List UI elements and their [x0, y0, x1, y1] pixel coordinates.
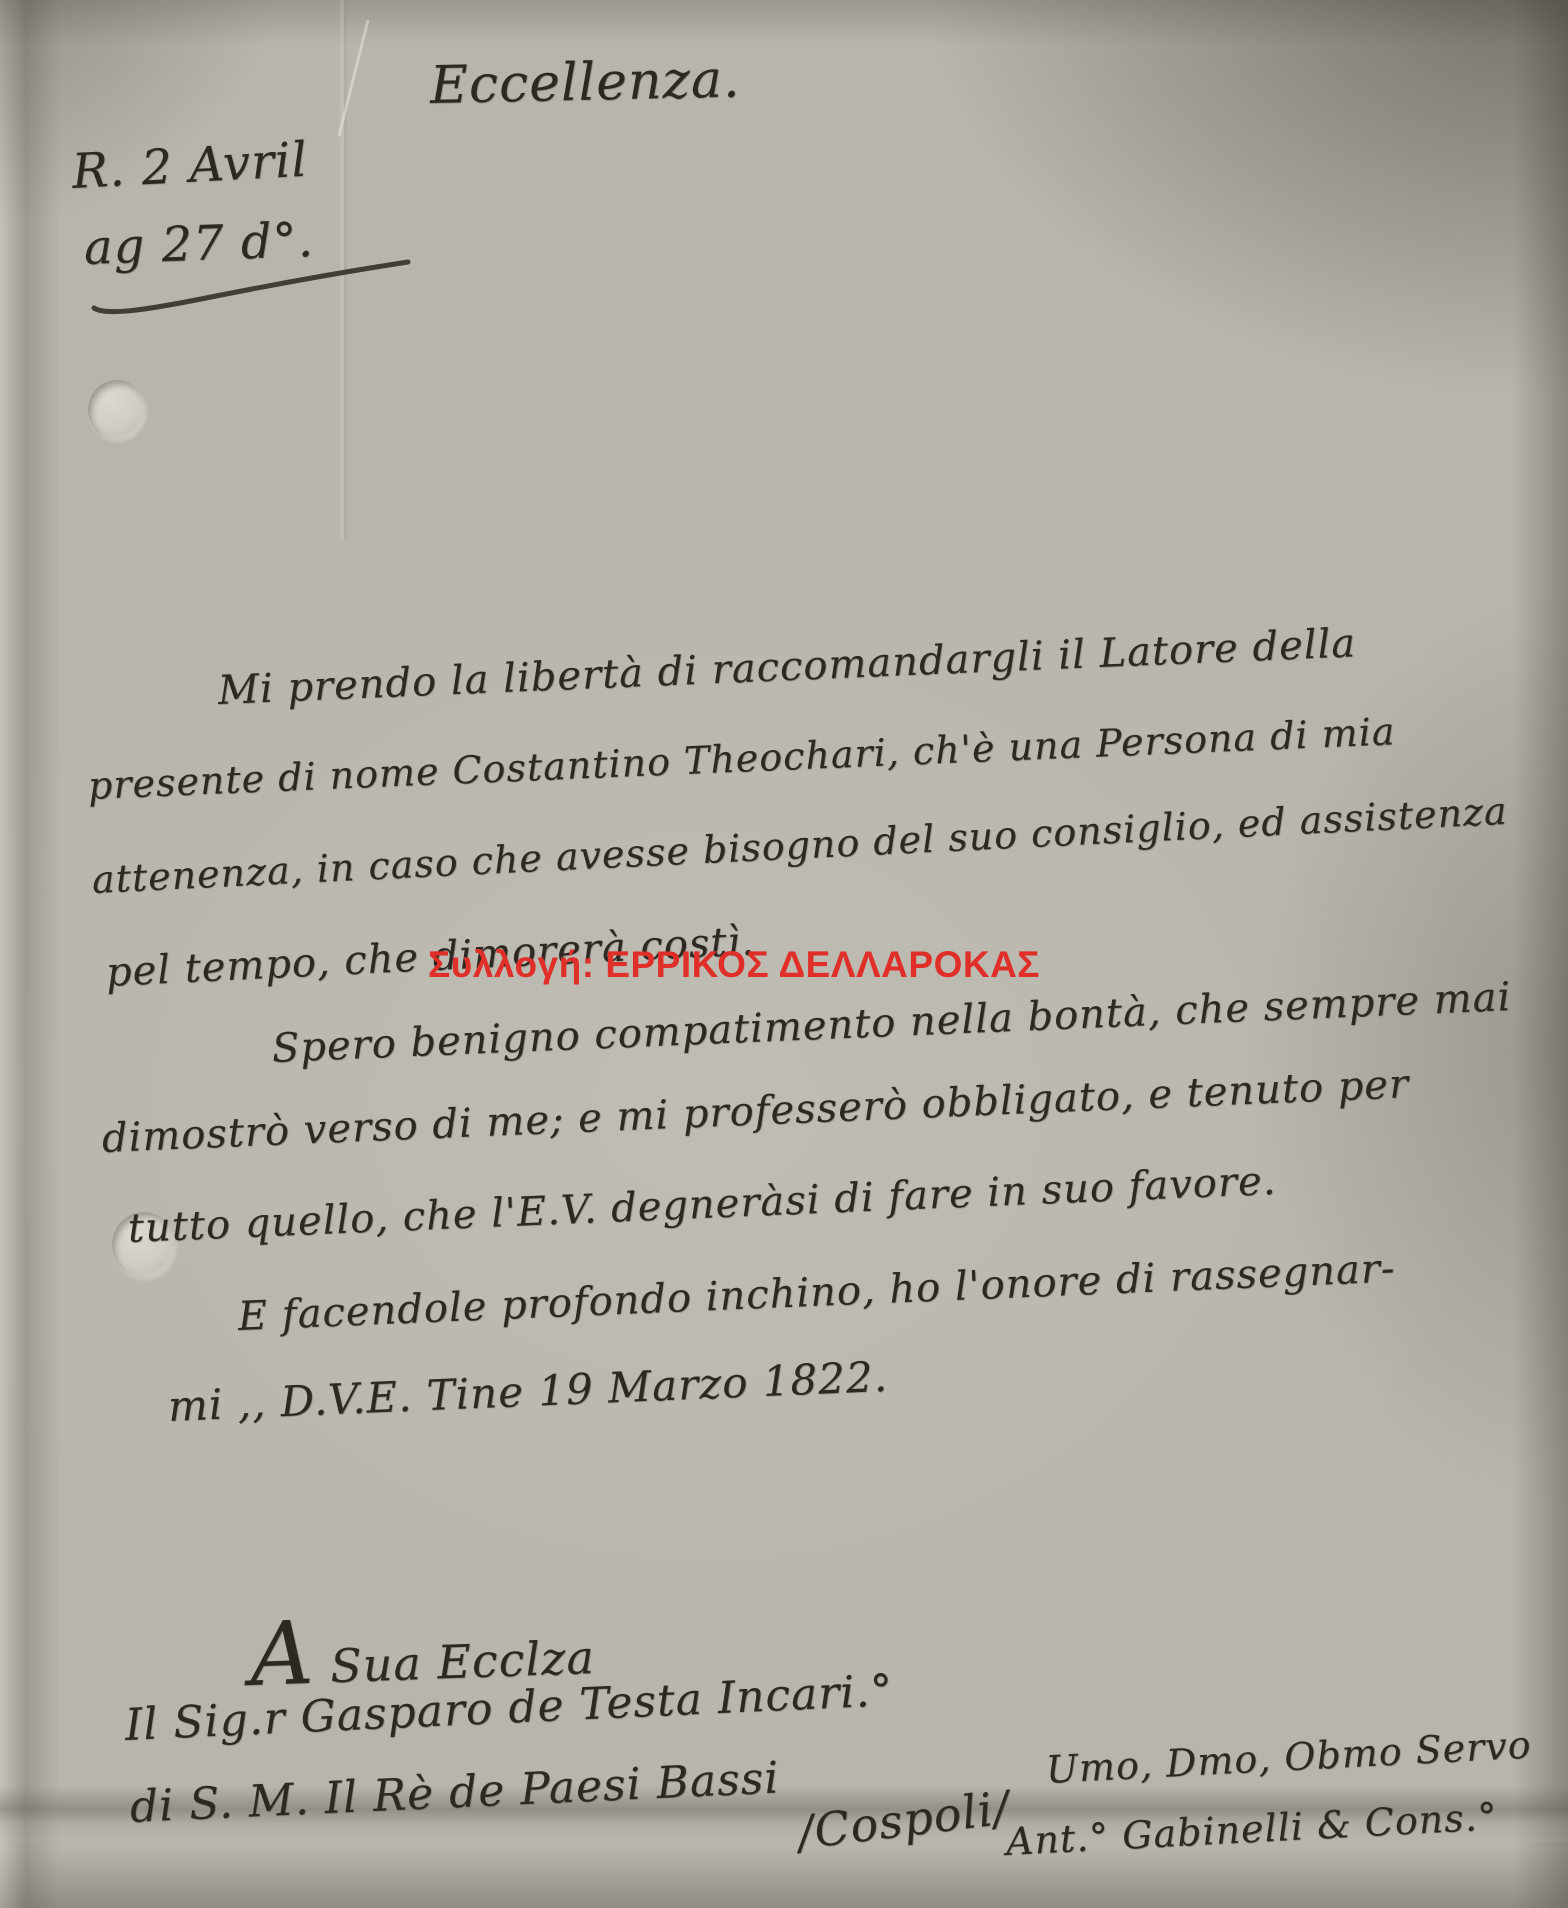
annotation-flourish-stroke [86, 252, 416, 318]
body-line: Spero benigno compatimento nella bontà, … [271, 974, 1512, 1072]
body-line: attenenza, in caso che avesse bisogno de… [91, 789, 1509, 902]
body-line: presente di nome Costantino Theochari, c… [87, 709, 1396, 808]
salutation: Eccellenza. [429, 50, 741, 116]
registry-annotation-line1: R. 2 Avril [71, 132, 310, 200]
body-line: Mi prendo la libertà di raccomandargli i… [217, 620, 1357, 714]
letter-photograph: Eccellenza. R. 2 Avril ag 27 d°. Mi pren… [0, 0, 1568, 1908]
hole-punch-top [88, 380, 146, 440]
body-line: E facendole profondo inchino, ho l'onore… [237, 1246, 1396, 1340]
signature-closing-line: Umo, Dmo, Obmo Servo [1045, 1723, 1533, 1792]
collection-watermark: Συλλογή: ΕΡΡΙΚΟΣ ΔΕΛΛΑΡΟΚΑΣ [428, 944, 1040, 986]
body-line: mi ,, D.V.E. Tine 19 Marzo 1822. [167, 1352, 889, 1431]
body-line: tutto quello, che l'E.V. degneràsi di fa… [127, 1158, 1277, 1252]
body-line: dimostrò verso di me; e mi professerò ob… [101, 1061, 1410, 1162]
